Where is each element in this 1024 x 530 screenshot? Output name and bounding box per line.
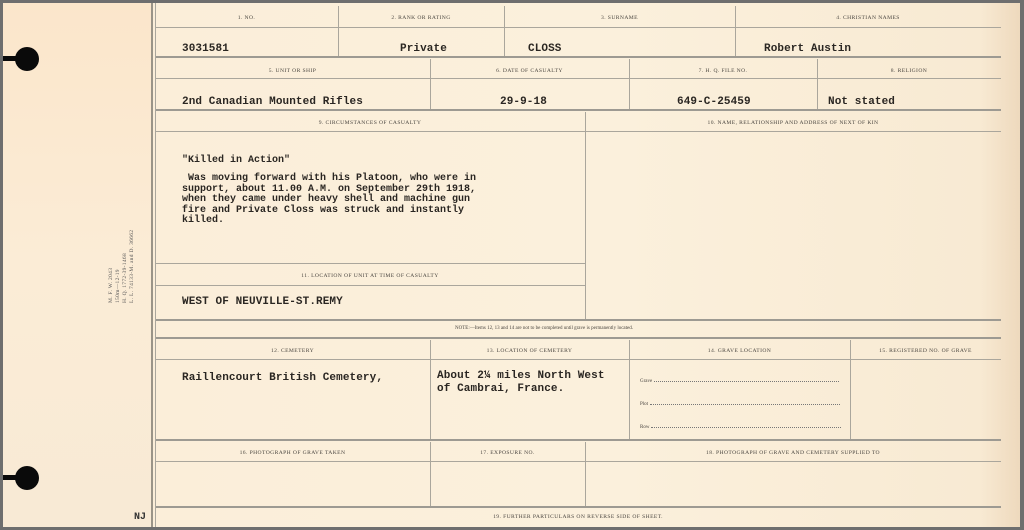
print-code: H. Q. 1772-39-1468 — [122, 230, 129, 303]
label-no: 1. NO. — [155, 15, 338, 21]
label-christian-names: 4. CHRISTIAN NAMES — [735, 15, 1001, 21]
label-unit: 5. UNIT OR SHIP — [155, 68, 430, 74]
binder-hole-icon — [15, 466, 39, 490]
label-surname: 3. SURNAME — [504, 15, 735, 21]
label-next-of-kin: 10. NAME, RELATIONSHIP AND ADDRESS OF NE… — [585, 120, 1001, 126]
plot-line[interactable]: Plot — [640, 402, 840, 407]
circumstances-text: Was moving forward with his Platoon, who… — [182, 174, 476, 227]
label-grave-location: 14. GRAVE LOCATION — [629, 348, 850, 354]
cemetery-value: Raillencourt British Cemetery, — [182, 372, 383, 384]
surname-value: CLOSS — [528, 43, 562, 55]
label-photo-supplied: 18. PHOTOGRAPH OF GRAVE AND CEMETERY SUP… — [585, 450, 1001, 456]
label-cemetery: 12. CEMETERY — [155, 348, 430, 354]
label-date-of-casualty: 6. DATE OF CASUALTY — [430, 68, 629, 74]
casualty-form: 1. NO. 2. RANK OR RATING 3. SURNAME 4. C… — [155, 3, 1001, 527]
circumstances-heading: "Killed in Action" — [182, 156, 290, 167]
clerk-initials: NJ — [134, 512, 146, 523]
label-location-of-unit: 11. LOCATION OF UNIT AT TIME OF CASUALTY — [155, 273, 585, 279]
grave-label: Grave — [640, 379, 652, 384]
location-of-unit-value: WEST OF NEUVILLE-ST.REMY — [182, 296, 343, 308]
print-codes: M. F. W. 2043 150m—12-19 H. Q. 1772-39-1… — [108, 230, 136, 303]
service-number: 3031581 — [182, 43, 229, 55]
rank-value: Private — [400, 43, 447, 55]
label-exposure-no: 17. EXPOSURE NO. — [430, 450, 585, 456]
label-further-particulars: 19. FURTHER PARTICULARS ON REVERSE SIDE … — [155, 514, 1001, 520]
location-of-cemetery-line2: of Cambrai, France. — [437, 383, 564, 395]
note-text: NOTE:—Items 12, 13 and 14 are not to be … — [455, 326, 633, 331]
location-of-cemetery-line1: About 2¼ miles North West — [437, 370, 605, 382]
grave-line[interactable]: Grave — [640, 379, 839, 384]
label-photo-taken: 16. PHOTOGRAPH OF GRAVE TAKEN — [155, 450, 430, 456]
row-label: Row — [640, 425, 649, 430]
label-hq-file-no: 7. H. Q. FILE NO. — [629, 68, 817, 74]
row-line[interactable]: Row — [640, 425, 841, 430]
casualty-card: M. F. W. 2043 150m—12-19 H. Q. 1772-39-1… — [3, 3, 1020, 527]
hq-file-no-value: 649-C-25459 — [677, 96, 751, 108]
binder-hole-icon — [15, 47, 39, 71]
date-of-casualty-value: 29-9-18 — [500, 96, 547, 108]
print-code: L. L. 74133-M. and D. 36662 — [129, 230, 136, 303]
christian-names-value: Robert Austin — [764, 43, 851, 55]
label-rank: 2. RANK OR RATING — [338, 15, 504, 21]
print-code: 150m—12-19 — [115, 230, 122, 303]
label-location-of-cemetery: 13. LOCATION OF CEMETERY — [430, 348, 629, 354]
unit-value: 2nd Canadian Mounted Rifles — [182, 96, 363, 108]
plot-label: Plot — [640, 402, 648, 407]
card-stub: M. F. W. 2043 150m—12-19 H. Q. 1772-39-1… — [3, 3, 153, 527]
religion-value: Not stated — [828, 96, 895, 108]
label-registered-no: 15. REGISTERED NO. OF GRAVE — [850, 348, 1001, 354]
label-circumstances: 9. CIRCUMSTANCES OF CASUALTY — [155, 120, 585, 126]
print-code: M. F. W. 2043 — [108, 230, 115, 303]
label-religion: 8. RELIGION — [817, 68, 1001, 74]
